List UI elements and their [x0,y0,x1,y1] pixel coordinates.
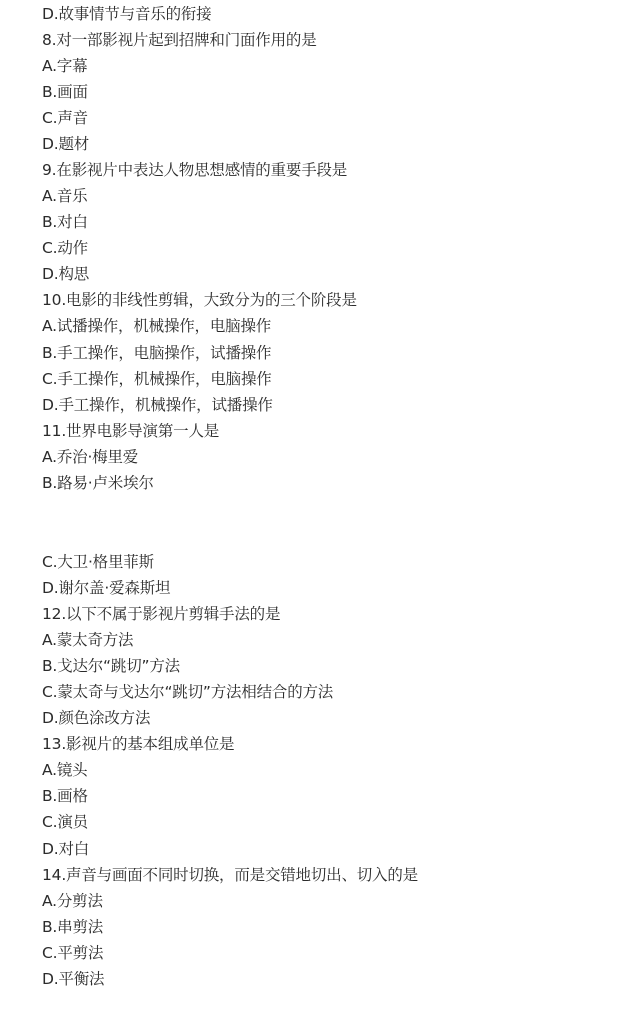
answer-option: B.戈达尔“跳切”方法 [42,653,180,679]
question-text: 10.电影的非线性剪辑，大致分为的三个阶段是 [42,287,357,313]
answer-option: B.画格 [42,783,88,809]
question-text: 11.世界电影导演第一人是 [42,418,219,444]
answer-option: C.演员 [42,809,88,835]
answer-option: A.分剪法 [42,888,103,914]
answer-option: A.字幕 [42,53,87,79]
answer-option: D.题材 [42,131,89,157]
answer-option: B.手工操作，电脑操作，试播操作 [42,340,271,366]
answer-option: C.手工操作，机械操作，电脑操作 [42,366,272,392]
answer-option: A.蒙太奇方法 [42,627,133,653]
answer-option: D.平衡法 [42,966,104,992]
question-text: 14.声音与画面不同时切换，而是交错地切出、切入的是 [42,862,418,888]
answer-option: A.试播操作，机械操作，电脑操作 [42,313,271,339]
question-text: 13.影视片的基本组成单位是 [42,731,234,757]
answer-option: D.谢尔盖·爱森斯坦 [42,575,170,601]
question-text: 12.以下不属于影视片剪辑手法的是 [42,601,280,627]
answer-option: B.串剪法 [42,914,103,940]
answer-option: A.镜头 [42,757,87,783]
answer-option: A.音乐 [42,183,87,209]
answer-option: D.构思 [42,261,89,287]
answer-option: C.蒙太奇与戈达尔“跳切”方法相结合的方法 [42,679,333,705]
answer-option: C.平剪法 [42,940,103,966]
answer-option: D.手工操作，机械操作，试播操作 [42,392,273,418]
answer-option: D.故事情节与音乐的衔接 [42,1,211,27]
answer-option: C.动作 [42,235,88,261]
answer-option: C.声音 [42,105,88,131]
answer-option: C.大卫·格里菲斯 [42,549,154,575]
answer-option: B.画面 [42,79,88,105]
answer-option: B.路易·卢米埃尔 [42,470,154,496]
question-text: 8.对一部影视片起到招牌和门面作用的是 [42,27,317,53]
question-text: 9.在影视片中表达人物思想感情的重要手段是 [42,157,347,183]
answer-option: D.对白 [42,836,89,862]
answer-option: B.对白 [42,209,88,235]
answer-option: D.颜色涂改方法 [42,705,150,731]
answer-option: A.乔治·梅里爱 [42,444,138,470]
